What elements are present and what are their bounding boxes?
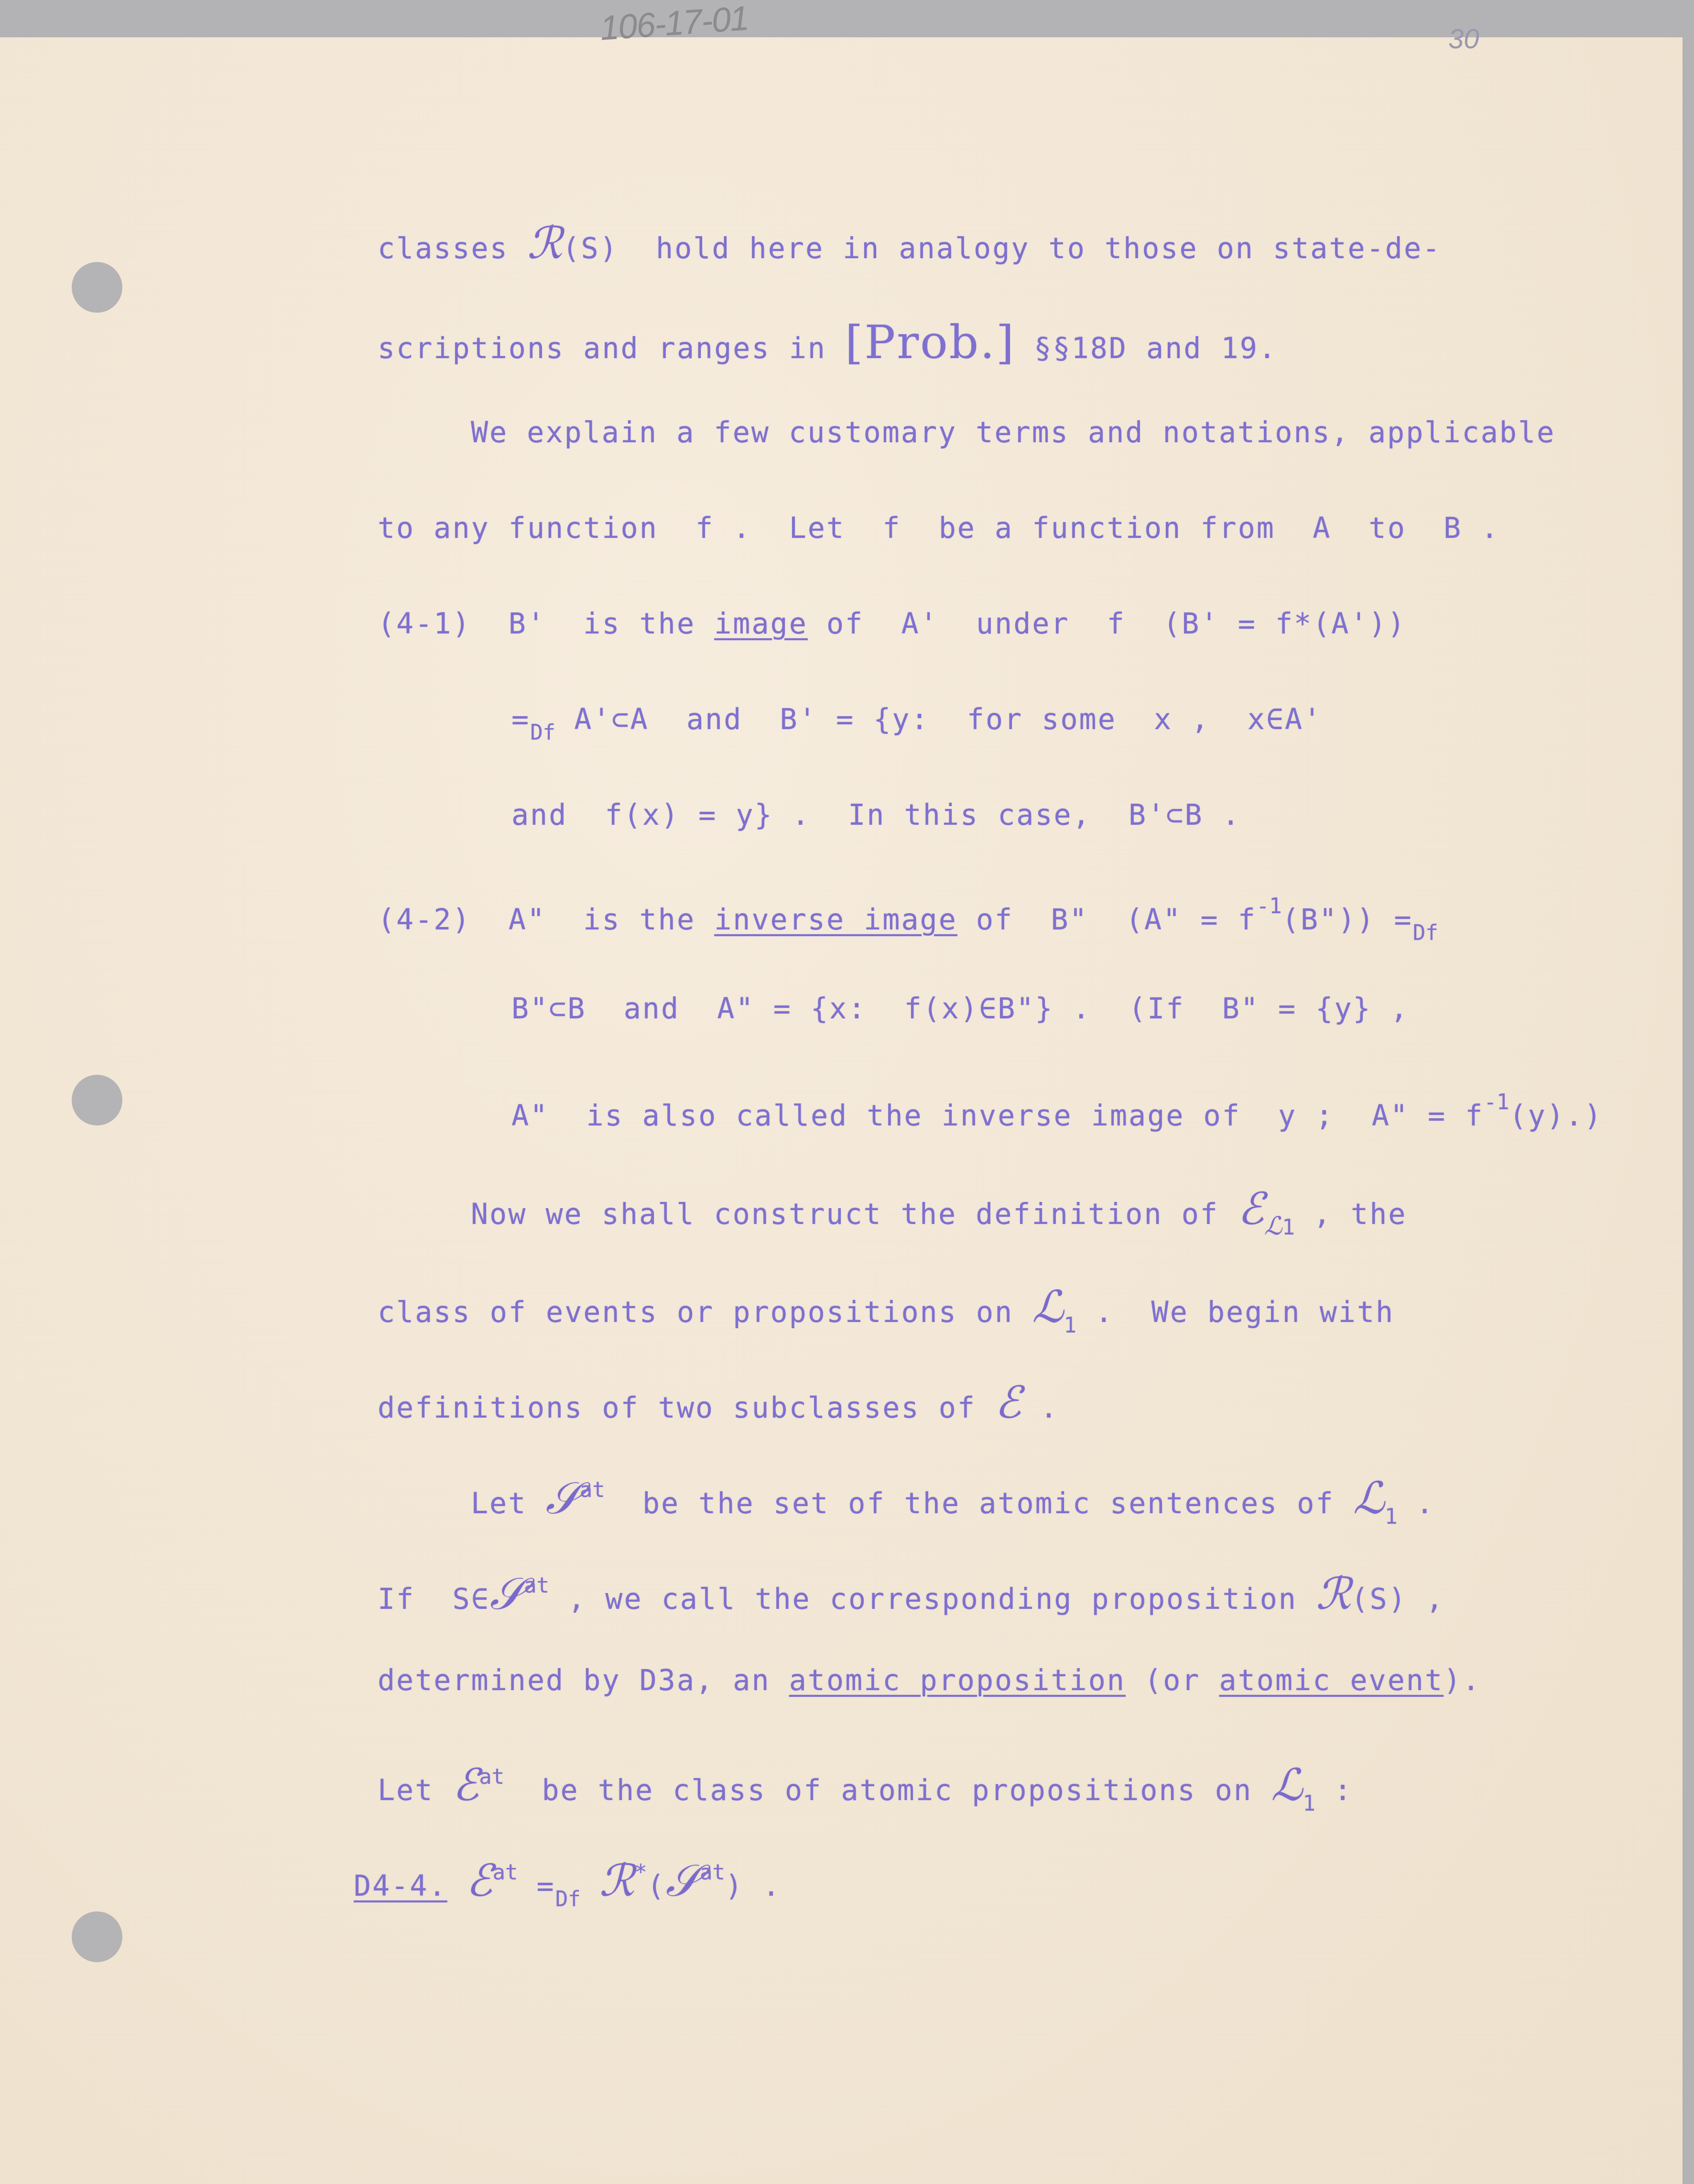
script-l-symbol: ℒ <box>1032 1281 1064 1332</box>
reference-bracket: [Prob.] <box>845 316 1015 369</box>
text-line-14: Let 𝒮at be the set of the atomic sentenc… <box>471 1473 1435 1529</box>
script-r-symbol: ℛ <box>599 1855 634 1906</box>
text-line-3: We explain a few customary terms and not… <box>471 416 1555 449</box>
term-atomic-event: atomic event <box>1219 1664 1444 1697</box>
script-e-symbol: ℰ <box>995 1377 1021 1428</box>
term-atomic-proposition: atomic proposition <box>789 1664 1126 1697</box>
text-line-1: classes ℛ(S) hold here in analogy to tho… <box>378 218 1441 269</box>
script-e-symbol: ℰ <box>1238 1183 1264 1234</box>
text-line-16: determined by D3a, an atomic proposition… <box>378 1664 1481 1697</box>
definition-label: D4-4. <box>354 1869 447 1903</box>
definition-label: (4-1) <box>378 607 471 641</box>
term-inverse-image: inverse image <box>714 903 957 937</box>
punch-hole <box>72 1911 122 1962</box>
term-image: image <box>714 607 808 641</box>
text-line-9: B"⊂B and A" = {x: f(x)∈B"} . (If B" = {y… <box>511 992 1409 1026</box>
script-s-symbol: 𝒮 <box>666 1855 700 1906</box>
definition-4-2: (4-2) A" is the inverse image of B" (A" … <box>378 894 1438 945</box>
text-line-2: scriptions and ranges in [Prob.] §§18D a… <box>378 316 1277 369</box>
text-line-10: A" is also called the inverse image of y… <box>511 1090 1603 1133</box>
text-line-6: =Df A'⊂A and B' = {y: for some x , x∈A' <box>511 703 1322 745</box>
script-r-symbol: ℛ <box>1316 1568 1351 1619</box>
script-l-symbol: ℒ <box>1353 1473 1385 1524</box>
text-line-7: and f(x) = y} . In this case, B'⊂B . <box>511 798 1241 832</box>
script-s-symbol: 𝒮 <box>490 1568 524 1619</box>
script-l-symbol: ℒ <box>1264 1212 1282 1241</box>
text-line-4: to any function f . Let f be a function … <box>378 512 1499 545</box>
text-line-11: Now we shall construct the definition of… <box>471 1183 1407 1241</box>
punch-hole <box>72 1075 122 1125</box>
text-line-15: If S∈𝒮at , we call the corresponding pro… <box>378 1568 1444 1620</box>
definition-4-1: (4-1) B' is the image of A' under f (B' … <box>378 607 1406 641</box>
punch-hole <box>72 262 122 313</box>
script-l-symbol: ℒ <box>1271 1759 1303 1811</box>
script-e-symbol: ℰ <box>466 1855 493 1906</box>
page-number: 30 <box>1448 23 1479 55</box>
text-line-12: class of events or propositions on ℒ1 . … <box>378 1281 1394 1338</box>
text-line-17: Let ℰat be the class of atomic propositi… <box>378 1759 1353 1816</box>
script-s-symbol: 𝒮 <box>546 1473 580 1524</box>
text-line-13: definitions of two subclasses of ℰ . <box>378 1377 1059 1428</box>
script-r-symbol: ℛ <box>527 218 562 269</box>
script-e-symbol: ℰ <box>453 1759 479 1811</box>
definition-d4-4: D4-4. ℰat =Df ℛ*(𝒮at) . <box>354 1855 781 1911</box>
definition-label: (4-2) <box>378 903 471 937</box>
